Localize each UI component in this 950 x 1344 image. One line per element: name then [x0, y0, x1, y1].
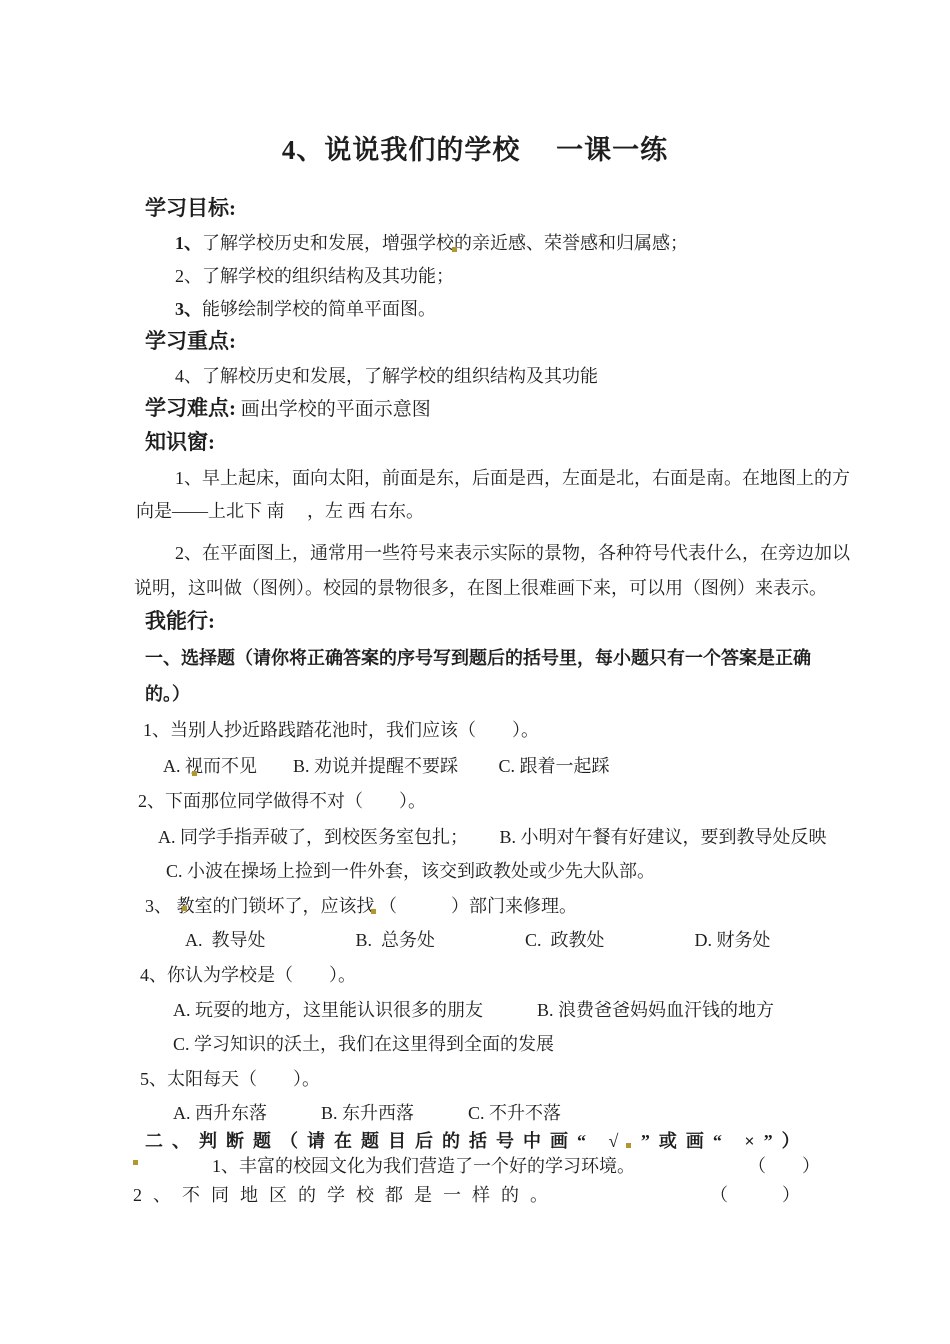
choice-q1-options: A. 视而不见 B. 劝说并提醒不要踩 C. 跟着一起踩	[163, 756, 610, 778]
judge-heading: 二、判断题（请在题目后的括号中画“ √ ”或画“ ×”）	[145, 1131, 809, 1153]
difficulty-line: 学习难点: 画出学校的平面示意图	[145, 396, 431, 422]
objective-item-1-num: 1、	[175, 233, 202, 253]
spellcheck-dot	[182, 906, 187, 911]
choice-q4: 4、你认为学校是（ ）。	[140, 965, 356, 987]
heading-difficulty: 学习难点:	[145, 396, 236, 420]
heading-knowledge: 知识窗:	[145, 430, 215, 455]
objective-item-1-text: 了解学校历史和发展，增强学校的亲近感、荣誉感和归属感；	[202, 233, 688, 253]
objective-item-2: 2、了解学校的组织结构及其功能；	[175, 266, 454, 288]
choice-q2-option-c: C. 小波在操场上捡到一件外套，该交到政教处或少先大队部。	[166, 861, 655, 883]
choice-q4-option-c: C. 学习知识的沃土，我们在这里得到全面的发展	[173, 1034, 554, 1056]
spellcheck-dot	[371, 909, 376, 914]
objective-item-3-text: 能够绘制学校的简单平面图。	[202, 299, 436, 319]
worksheet-page: 4、说说我们的学校 一课一练 学习目标: 1、了解学校历史和发展，增强学校的亲近…	[0, 0, 950, 1344]
heading-ican: 我能行:	[145, 609, 215, 634]
spellcheck-dot	[626, 1143, 631, 1148]
choice-q4-options-ab: A. 玩耍的地方，这里能认识很多的朋友 B. 浪费爸爸妈妈血汗钱的地方	[173, 1000, 774, 1022]
knowledge-p1-line1: 1、早上起床，面向太阳，前面是东，后面是西，左面是北，右面是南。在地图上的方	[175, 468, 850, 490]
difficulty-text: 画出学校的平面示意图	[236, 399, 431, 420]
knowledge-p1-line2: 向是——上北下 南 ，左 西 右东。	[136, 501, 424, 523]
objective-item-1: 1、了解学校历史和发展，增强学校的亲近感、荣誉感和归属感；	[175, 233, 688, 255]
choice-q3: 3、 教室的门锁坏了，应该找 （ ）部门来修理。	[145, 896, 577, 918]
objective-item-3-num: 3、	[175, 299, 202, 319]
choice-q2: 2、下面那位同学做得不对（ ）。	[138, 791, 426, 813]
choice-heading-line1: 一、选择题（请你将正确答案的序号写到题后的括号里，每小题只有一个答案是正确	[145, 648, 811, 670]
heading-objectives: 学习目标:	[145, 196, 236, 221]
choice-q5: 5、太阳每天（ ）。	[140, 1069, 320, 1091]
spellcheck-dot	[452, 247, 457, 252]
judge-q1: 1、丰富的校园文化为我们营造了一个好的学习环境。	[212, 1156, 635, 1178]
choice-q2-options-ab: A. 同学手指弄破了，到校医务室包扎； B. 小明对午餐有好建议，要到教导处反映	[158, 827, 827, 849]
judge-q2: 2、不同地区的学校都是一样的。	[133, 1185, 559, 1207]
spellcheck-dot	[133, 1160, 138, 1165]
focus-item: 4、了解校历史和发展，了解学校的组织结构及其功能	[175, 366, 598, 388]
heading-focus: 学习重点:	[145, 329, 236, 354]
doc-title: 4、说说我们的学校 一课一练	[0, 134, 950, 166]
choice-q5-options: A. 西升东落 B. 东升西落 C. 不升不落	[173, 1103, 561, 1125]
knowledge-p2-line2: 说明，这叫做（图例）。校园的景物很多，在图上很难画下来，可以用（图例）来表示。	[134, 578, 827, 600]
choice-heading-line2: 的。）	[145, 684, 190, 706]
objective-item-3: 3、能够绘制学校的简单平面图。	[175, 299, 436, 321]
spellcheck-dot	[192, 771, 197, 776]
knowledge-p2-line1: 2、在平面图上，通常用一些符号来表示实际的景物，各种符号代表什么，在旁边加以	[175, 543, 850, 565]
choice-q1: 1、当别人抄近路践踏花池时，我们应该（ ）。	[143, 720, 539, 742]
judge-q1-brackets: （ ）	[748, 1156, 820, 1178]
choice-q3-options: A. 教导处 B. 总务处 C. 政教处 D. 财务处	[185, 930, 771, 952]
judge-q2-brackets: （ ）	[710, 1185, 800, 1207]
